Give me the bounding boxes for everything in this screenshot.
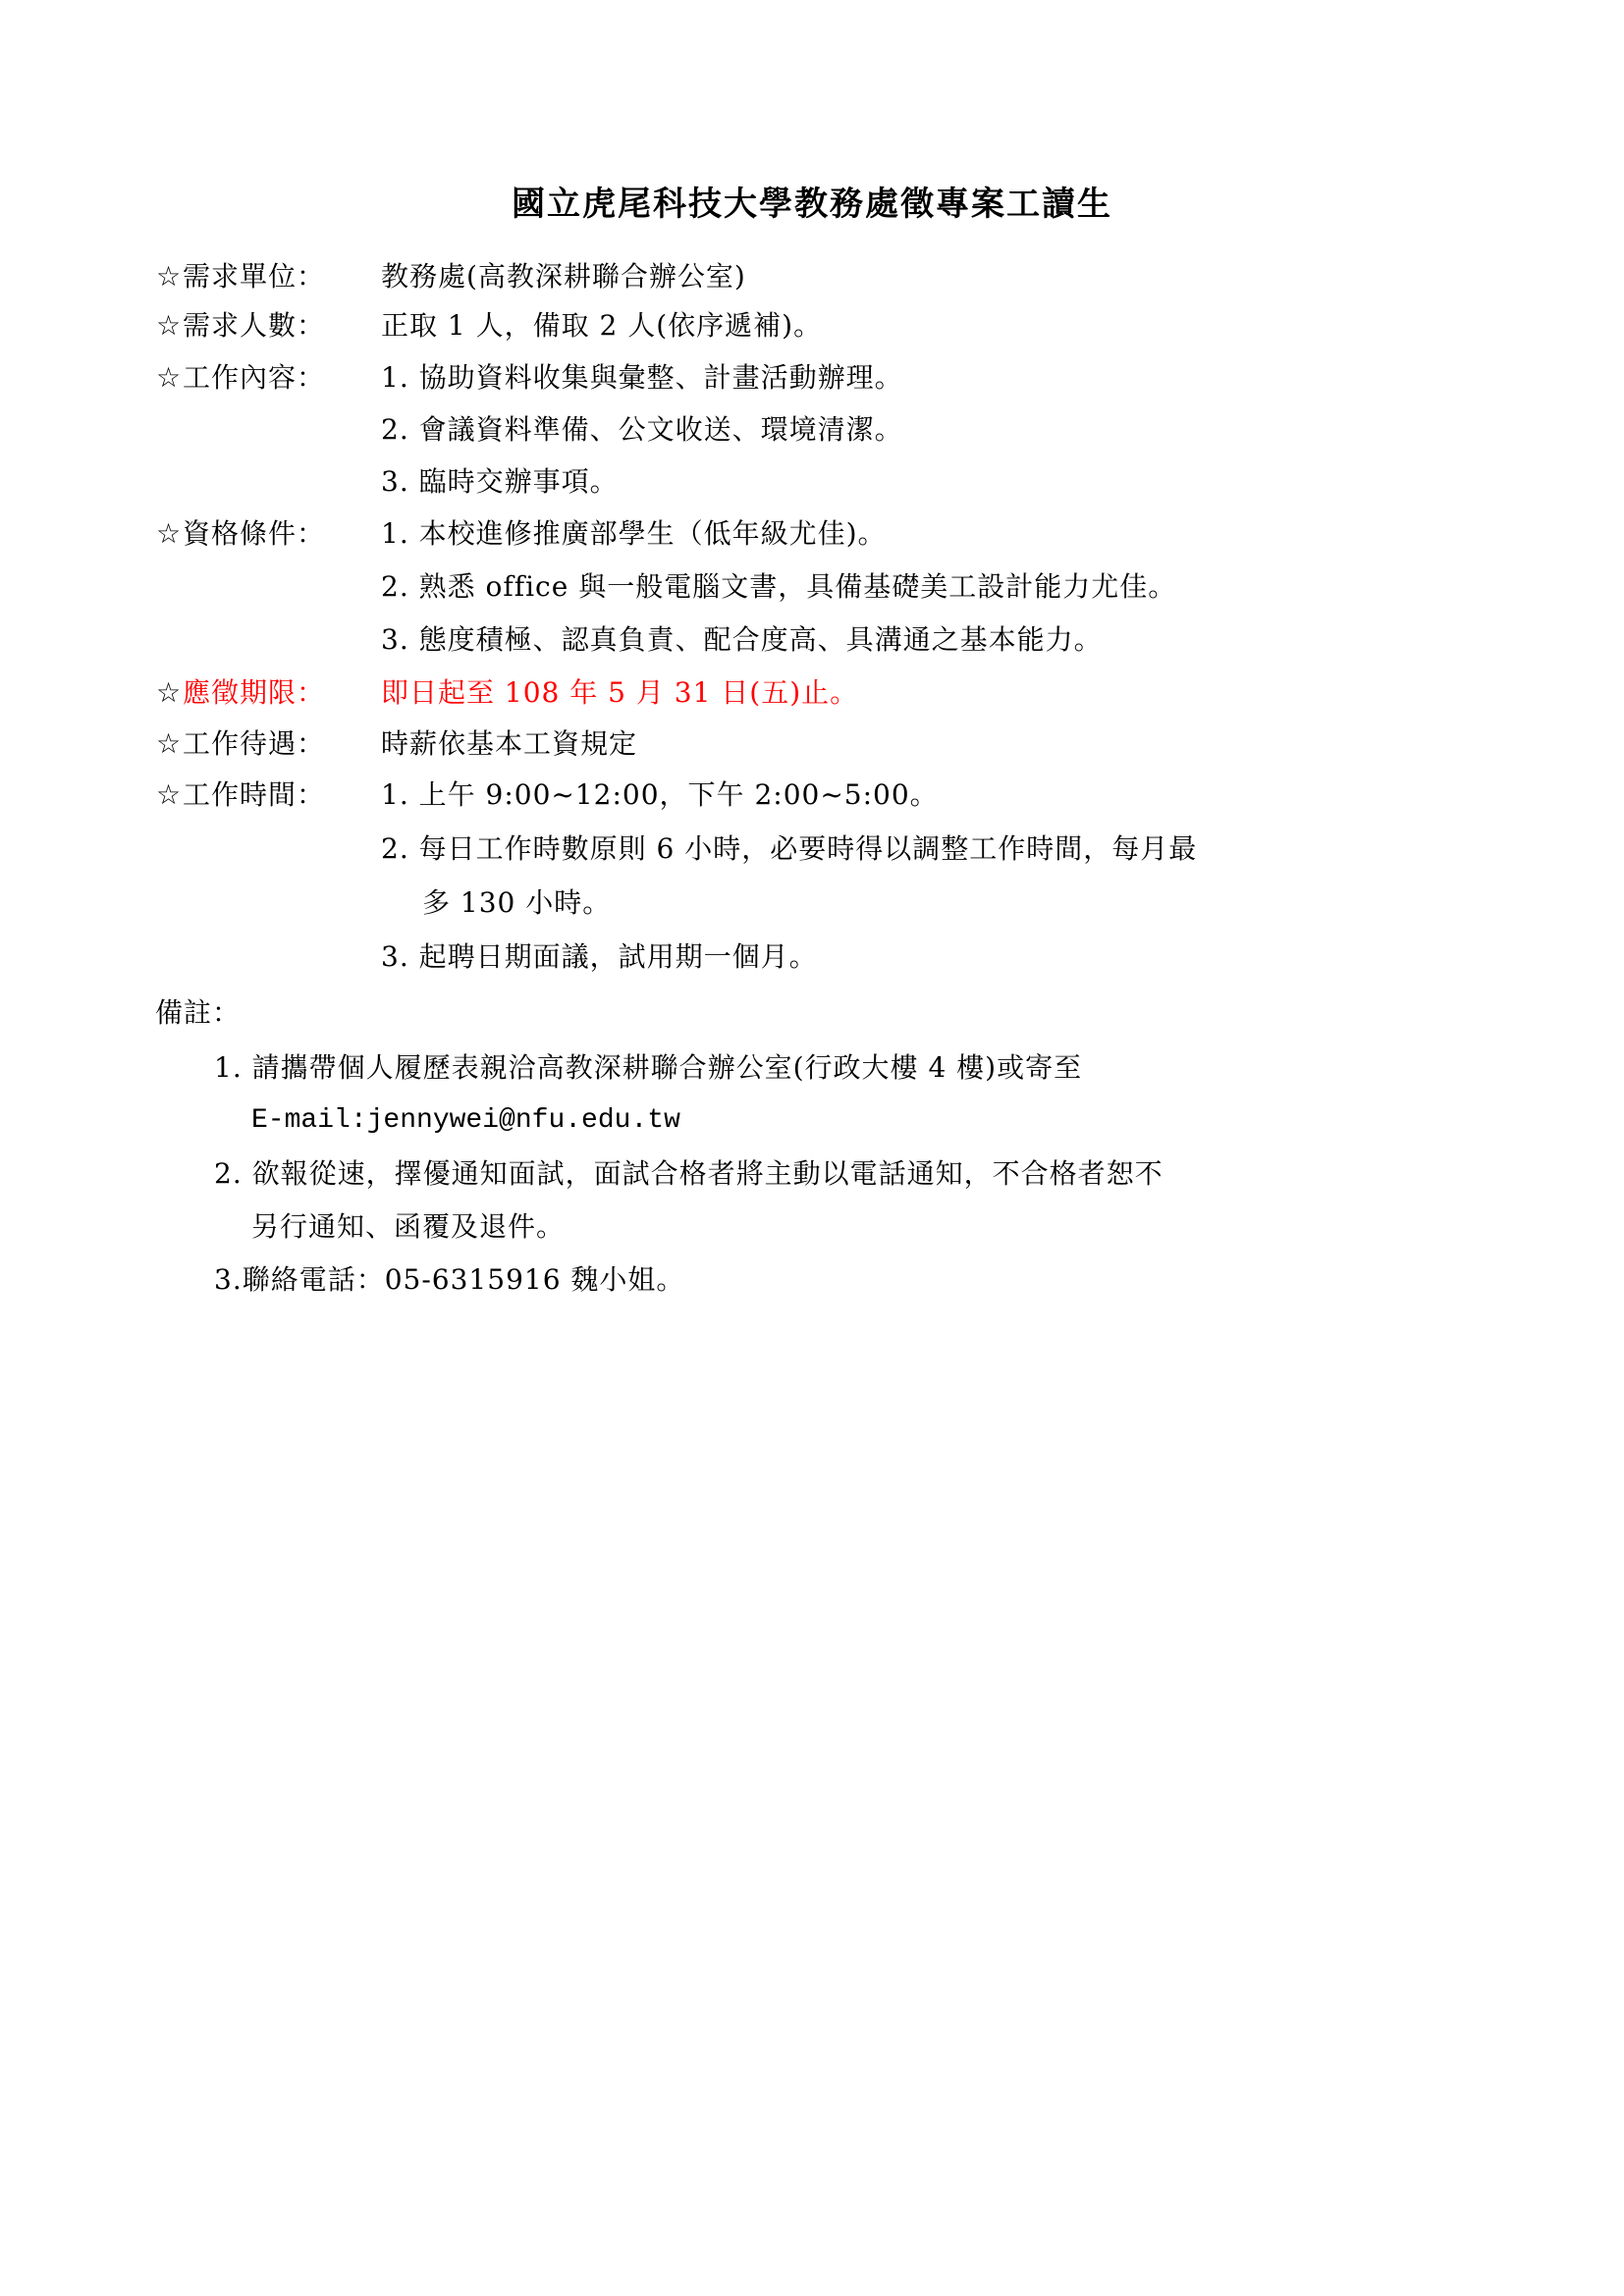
star-icon: ☆ (155, 358, 183, 398)
notes-title: 備註： (155, 993, 241, 1033)
field-label: 工作內容： (183, 358, 325, 398)
field-qualifications: ☆資格條件： (155, 514, 325, 554)
field-value: 教務處(高教深耕聯合辦公室) (381, 257, 746, 296)
field-deadline: ☆應徵期限： (155, 673, 325, 713)
star-icon: ☆ (155, 673, 183, 713)
list-item: 1. 本校進修推廣部學生（低年級尤佳)。 (381, 514, 887, 554)
field-compensation: ☆工作待遇： (155, 724, 325, 764)
note-item: 1. 請攜帶個人履歷表親洽高教深耕聯合辦公室(行政大樓 4 樓)或寄至 (214, 1048, 1082, 1088)
list-item: 3. 臨時交辦事項。 (381, 462, 619, 502)
field-label: 應徵期限： (183, 673, 325, 713)
field-work-hours: ☆工作時間： (155, 775, 325, 815)
star-icon: ☆ (155, 514, 183, 554)
field-job-content: ☆工作內容： (155, 358, 325, 398)
list-item: 2. 熟悉 office 與一般電腦文書，具備基礎美工設計能力尤佳。 (381, 567, 1176, 607)
email-link[interactable]: E-mail:jennywei@nfu.edu.tw (251, 1101, 680, 1141)
field-label: 需求人數： (183, 306, 325, 346)
star-icon: ☆ (155, 775, 183, 815)
deadline-value: 即日起至 108 年 5 月 31 日(五)止。 (381, 673, 858, 713)
field-label: 工作時間： (183, 775, 325, 815)
list-item: 2. 會議資料準備、公文收送、環境清潔。 (381, 410, 903, 450)
list-item: 1. 上午 9:00~12:00，下午 2:00~5:00。 (381, 775, 939, 815)
page-title: 國立虎尾科技大學教務處徵專案工讀生 (0, 177, 1624, 232)
note-item-continuation: 另行通知、函覆及退件。 (251, 1207, 565, 1247)
field-value: 時薪依基本工資規定 (381, 724, 637, 764)
star-icon: ☆ (155, 257, 183, 296)
star-icon: ☆ (155, 306, 183, 346)
contact-phone: 3.聯絡電話：05-6315916 魏小姐。 (214, 1260, 684, 1300)
field-label: 工作待遇： (183, 724, 325, 764)
list-item: 3. 起聘日期面議，試用期一個月。 (381, 937, 818, 977)
field-value: 正取 1 人，備取 2 人(依序遞補)。 (381, 306, 822, 346)
document-page: 國立虎尾科技大學教務處徵專案工讀生 ☆需求單位： 教務處(高教深耕聯合辦公室) … (0, 0, 1624, 2296)
list-item: 2. 每日工作時數原則 6 小時，必要時得以調整工作時間，每月最 (381, 829, 1197, 869)
list-item-continuation: 多 130 小時。 (422, 883, 611, 923)
field-department: ☆需求單位： (155, 257, 325, 296)
note-item: 2. 欲報從速，擇優通知面試，面試合格者將主動以電話通知，不合格者恕不 (214, 1154, 1164, 1194)
star-icon: ☆ (155, 724, 183, 764)
field-headcount: ☆需求人數： (155, 306, 325, 346)
list-item: 3. 態度積極、認真負責、配合度高、具溝通之基本能力。 (381, 620, 1103, 660)
field-label: 需求單位： (183, 257, 325, 296)
list-item: 1. 協助資料收集與彙整、計畫活動辦理。 (381, 358, 903, 398)
field-label: 資格條件： (183, 514, 325, 554)
